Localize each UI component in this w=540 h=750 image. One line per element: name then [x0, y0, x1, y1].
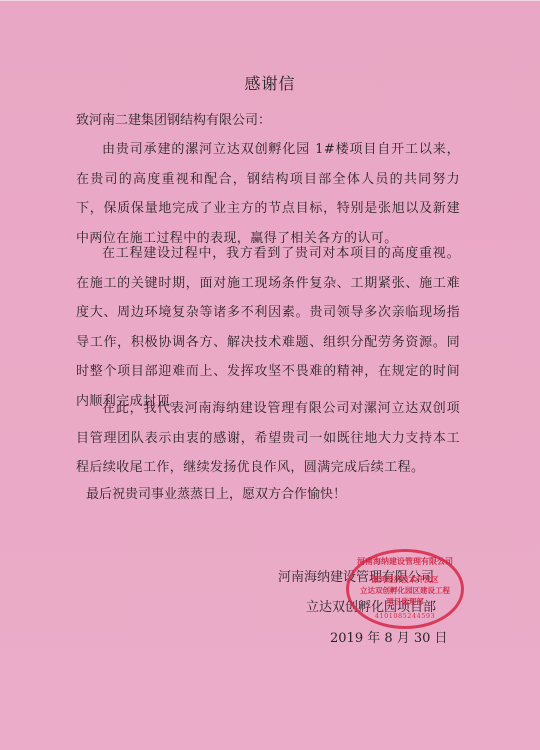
letter-page: 感谢信 致河南二建集团钢结构有限公司： 由贵司承建的漯河立达双创孵化园 1#楼项… [0, 0, 540, 750]
seal-line-2: 立达双创孵化园区建设工程 [349, 585, 461, 596]
paragraph-3: 在此，我代表河南海纳建设管理有限公司对漯河立达双创项目管理团队表示由衷的感谢，希… [76, 394, 460, 483]
signature-date: 2019 年 8 月 30 日 [330, 627, 448, 646]
closing-line: 最后祝贵司事业蒸蒸日上，愿双方合作愉快！ [86, 483, 346, 502]
letter-title: 感谢信 [0, 71, 540, 94]
paragraph-2: 在工程建设过程中，我方看到了贵司对本项目的高度重视。在施工的关键时期，面对施工现… [76, 239, 460, 416]
paragraph-1: 由贵司承建的漯河立达双创孵化园 1#楼项目自开工以来，在贵司的高度重视和配合，钢… [76, 135, 460, 253]
official-seal-stamp: 河南海纳建设管理有限公司 漯河经济技术开发区 立达双创孵化园区建设工程 项目监理… [346, 549, 464, 629]
salutation: 致河南二建集团钢结构有限公司： [76, 109, 271, 128]
seal-number: 4101085244593 [349, 612, 461, 620]
seal-ring-text: 河南海纳建设管理有限公司 [349, 556, 461, 567]
seal-line-3: 项目监理部 [349, 596, 461, 607]
seal-line-1: 漯河经济技术开发区 [349, 574, 461, 585]
